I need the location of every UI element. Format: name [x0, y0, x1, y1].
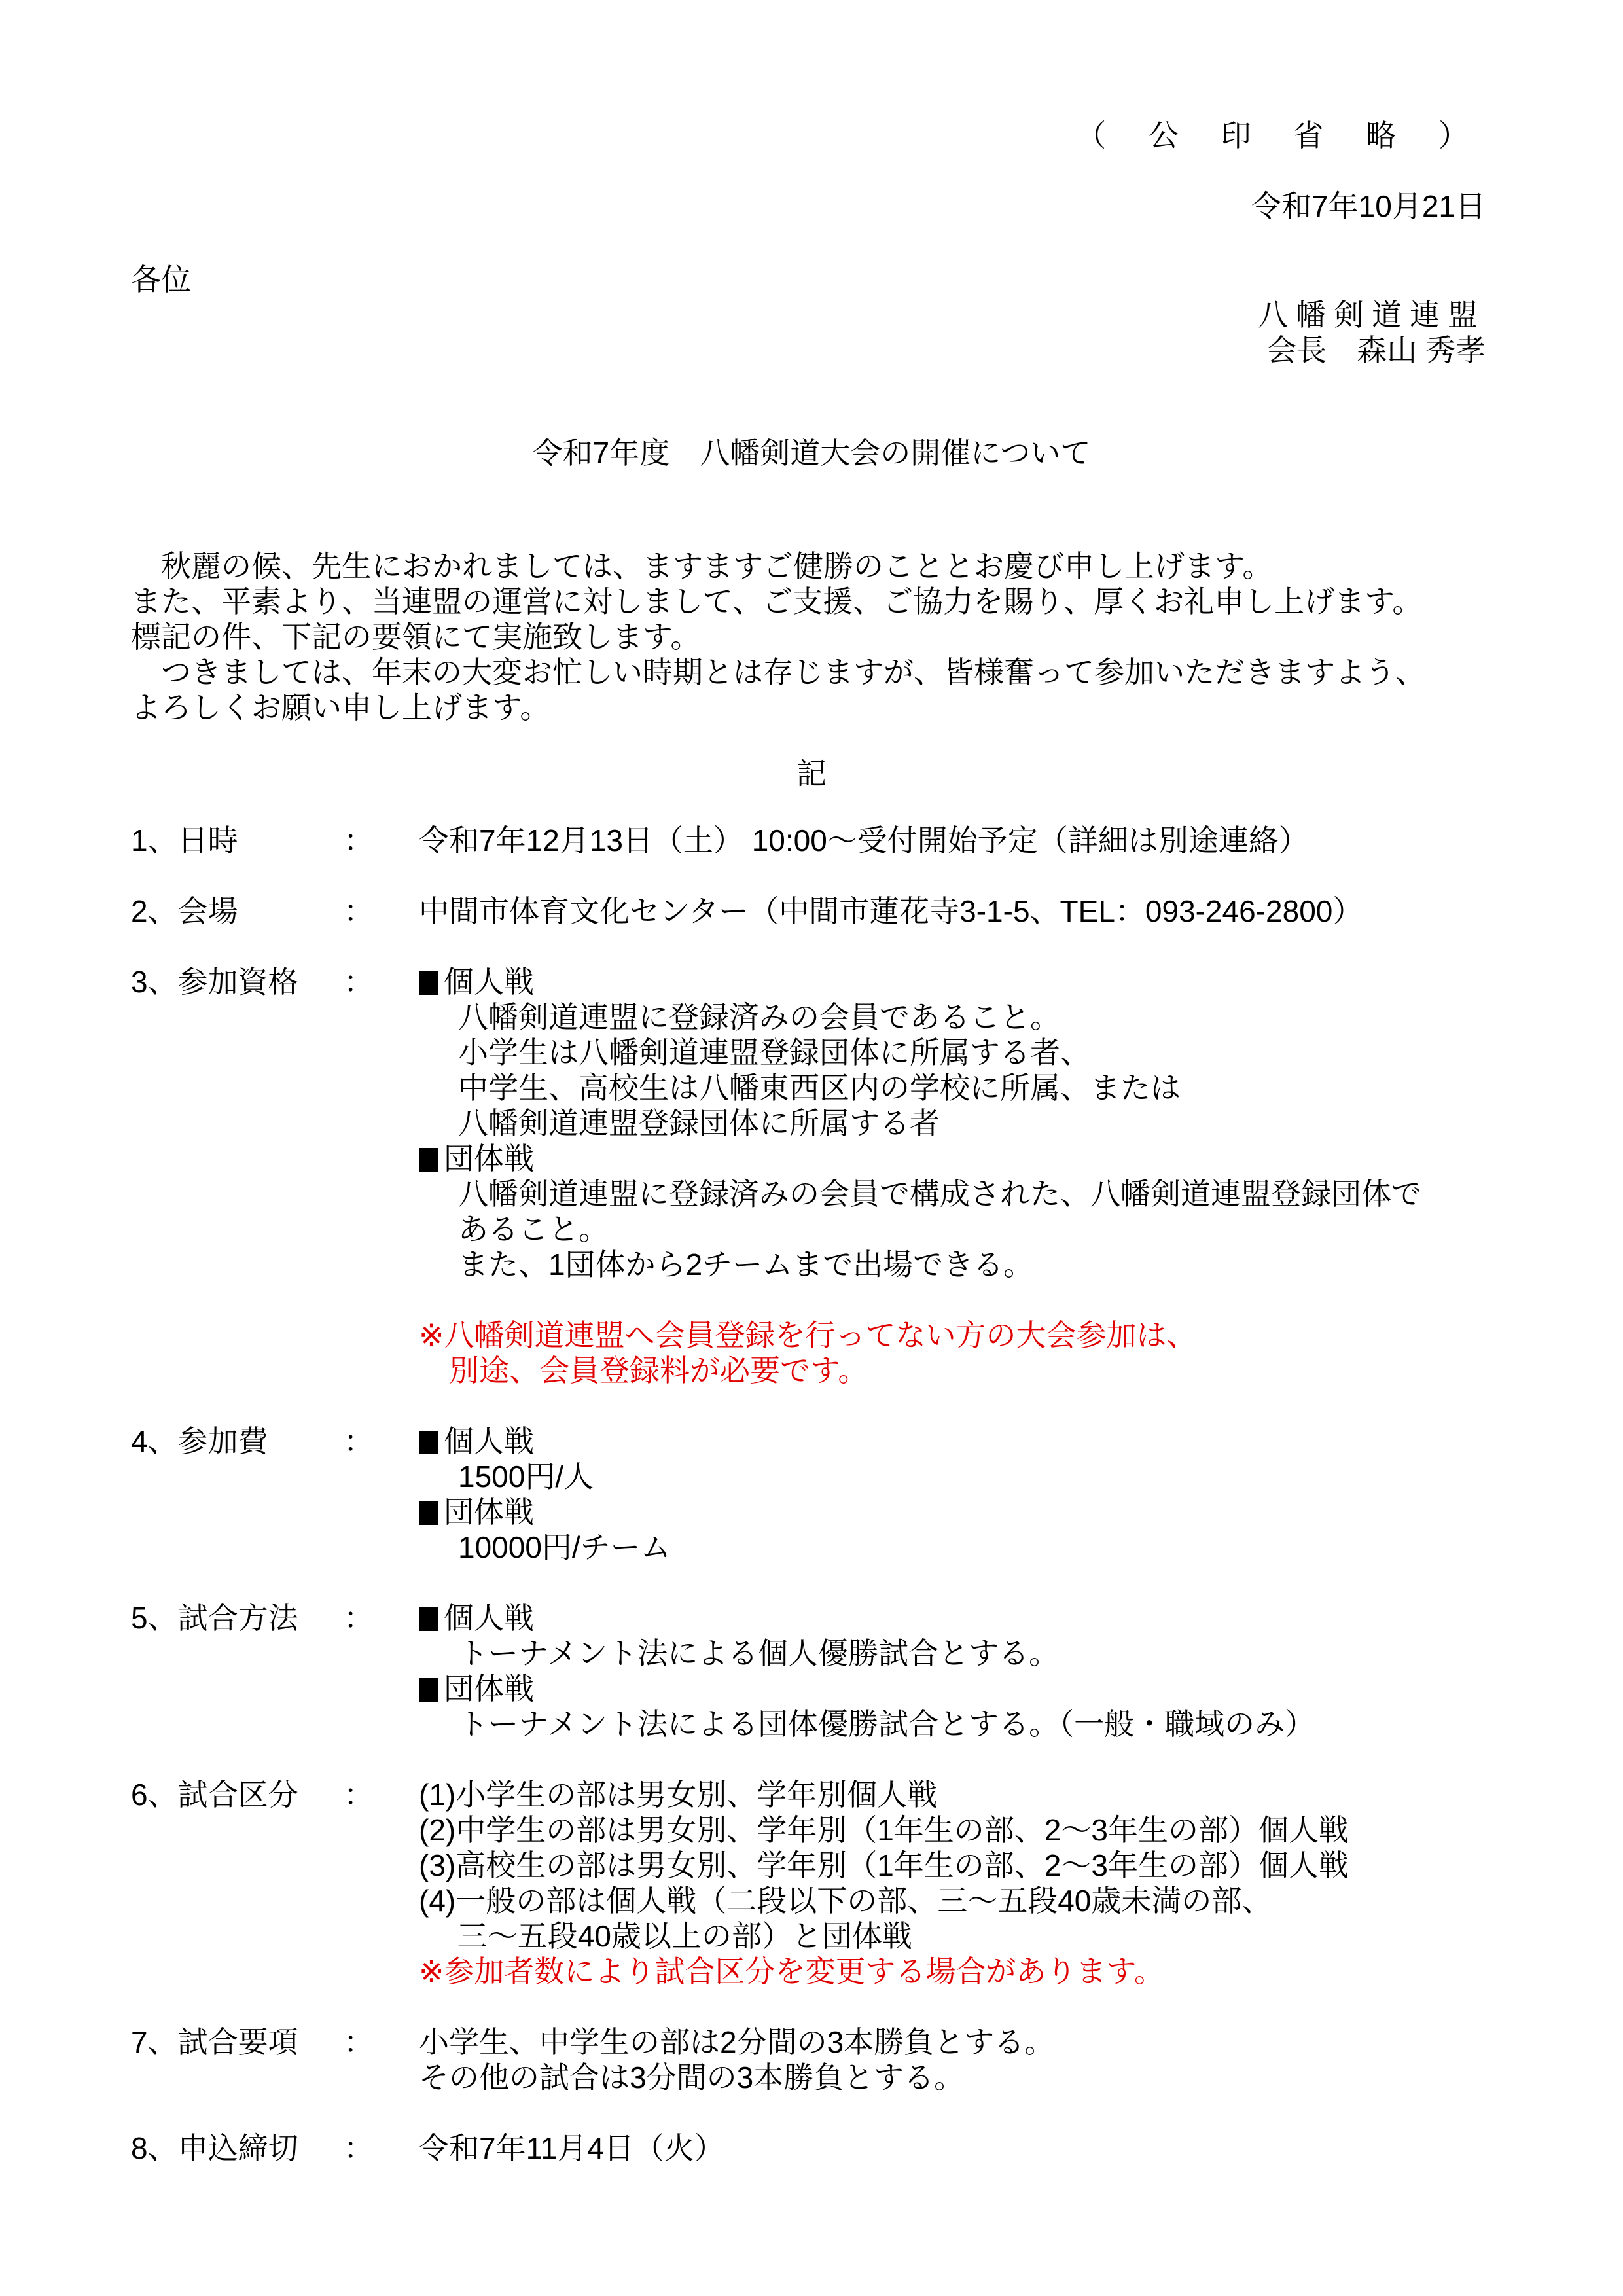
- colon: ：: [344, 1600, 374, 1636]
- registration-note: ※八幡剣道連盟へ会員登録を行ってない方の大会参加は、: [419, 1318, 1421, 1353]
- square-bullet-icon: [419, 1607, 438, 1631]
- section-line: 八幡剣道連盟に登録済みの会員であること。: [419, 999, 1421, 1035]
- division-line: (4)一般の部は個人戦（二段以下の部、三～五段40歳未満の部、: [419, 1883, 1349, 1918]
- section-label: 7、試合要項: [131, 2024, 298, 2060]
- addressee: 各位: [131, 262, 191, 297]
- colon: ：: [344, 964, 374, 999]
- deadline-date: 令和7年11月4日（火）: [419, 2130, 724, 2166]
- division-change-note: ※参加者数により試合区分を変更する場合があります。: [419, 1954, 1349, 1989]
- section-line: 八幡剣道連盟登録団体に所属する者: [419, 1105, 1421, 1141]
- colon: ：: [344, 1777, 374, 1812]
- section-label: 2、会場: [131, 893, 238, 929]
- square-bullet-icon: [419, 1431, 438, 1454]
- colon: ：: [344, 823, 374, 858]
- rule-line: その他の試合は3分間の3本勝負とする。: [419, 2060, 1054, 2095]
- ki-heading: 記: [0, 756, 1623, 791]
- section-label: 8、申込締切: [131, 2130, 298, 2166]
- division-line: (1)小学生の部は男女別、学年別個人戦: [419, 1777, 1349, 1812]
- colon: ：: [344, 1424, 374, 1459]
- body-line: つきましては、年末の大変お忙しい時期とは存じますが、皆様奮って参加いただきますよ…: [131, 655, 1425, 690]
- document-page: （ 公 印 省 略 ） 令和7年10月21日 各位 八幡剣道連盟 会長 森山 秀…: [0, 0, 1623, 2296]
- section-line: あること。: [419, 1211, 1421, 1247]
- section-line: 中学生、高校生は八幡東西区内の学校に所属、または: [419, 1070, 1421, 1105]
- body-line: 標記の件、下記の要領にて実施致します。: [131, 619, 1425, 655]
- colon: ：: [344, 2024, 374, 2060]
- individual-heading: 個人戦: [444, 1601, 534, 1635]
- issue-date: 令和7年10月21日: [1251, 188, 1486, 224]
- individual-heading: 個人戦: [444, 1424, 534, 1458]
- colon: ：: [344, 893, 374, 929]
- document-title: 令和7年度 八幡剣道大会の開催について: [0, 435, 1623, 471]
- president-name: 会長 森山 秀孝: [1266, 332, 1486, 368]
- section-label: 1、日時: [131, 823, 238, 858]
- rule-line: 小学生、中学生の部は2分間の3本勝負とする。: [419, 2024, 1054, 2060]
- individual-heading: 個人戦: [444, 965, 534, 999]
- section-line: 八幡剣道連盟に登録済みの会員で構成された、八幡剣道連盟登録団体で: [419, 1176, 1421, 1211]
- greeting-body: 秋麗の候、先生におかれましては、ますますご健勝のこととお慶び申し上げます。 また…: [131, 548, 1425, 725]
- team-method: トーナメント法による団体優勝試合とする。（一般・職域のみ）: [419, 1706, 1315, 1742]
- seal-omitted-note: （ 公 印 省 略 ）: [1076, 118, 1486, 153]
- team-heading: 団体戦: [444, 1495, 534, 1529]
- section-label: 6、試合区分: [131, 1777, 298, 1812]
- body-line: また、平素より、当連盟の運営に対しまして、ご支援、ご協力を賜り、厚くお礼申し上げ…: [131, 584, 1425, 619]
- section-label: 4、参加費: [131, 1424, 268, 1459]
- square-bullet-icon: [419, 1501, 438, 1525]
- organization-name: 八幡剣道連盟: [1258, 297, 1486, 332]
- body-line: よろしくお願い申し上げます。: [131, 690, 1425, 725]
- division-line: (3)高校生の部は男女別、学年別（1年生の部、2～3年生の部）個人戦: [419, 1848, 1349, 1883]
- division-line: (2)中学生の部は男女別、学年別（1年生の部、2～3年生の部）個人戦: [419, 1812, 1349, 1848]
- registration-note: 別途、会員登録料が必要です。: [419, 1353, 1421, 1388]
- team-heading: 団体戦: [444, 1141, 534, 1175]
- section-line: 令和7年12月13日（土） 10:00～受付開始予定（詳細は別途連絡）: [419, 823, 1309, 858]
- section-line: 中間市体育文化センター（中間市蓮花寺3-1-5、TEL：093-246-2800…: [419, 893, 1363, 929]
- section-line: 小学生は八幡剣道連盟登録団体に所属する者、: [419, 1035, 1421, 1070]
- square-bullet-icon: [419, 1148, 438, 1172]
- team-heading: 団体戦: [444, 1672, 534, 1706]
- square-bullet-icon: [419, 971, 438, 995]
- square-bullet-icon: [419, 1678, 438, 1702]
- section-label: 5、試合方法: [131, 1600, 298, 1636]
- body-line: 秋麗の候、先生におかれましては、ますますご健勝のこととお慶び申し上げます。: [131, 548, 1425, 584]
- colon: ：: [344, 2130, 374, 2166]
- team-fee: 10000円/チーム: [419, 1530, 671, 1565]
- section-label: 3、参加資格: [131, 964, 298, 999]
- individual-fee: 1500円/人: [419, 1459, 671, 1494]
- section-line: また、1団体から2チームまで出場できる。: [419, 1247, 1421, 1282]
- division-line: 三～五段40歳以上の部）と団体戦: [419, 1918, 1349, 1954]
- individual-method: トーナメント法による個人優勝試合とする。: [419, 1636, 1315, 1671]
